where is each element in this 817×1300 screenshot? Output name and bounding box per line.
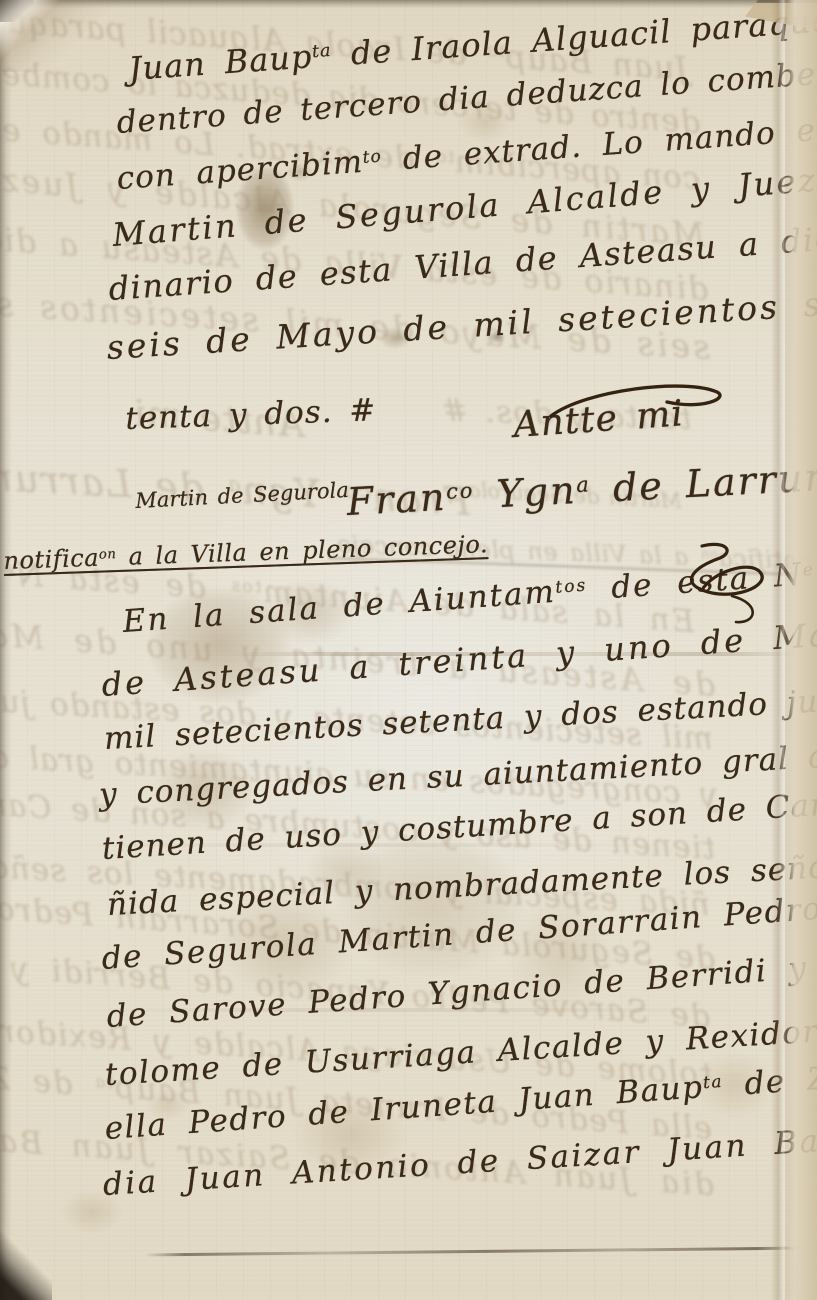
- ink-layer: Juan Baupta de Iraola Alguacil paraquede…: [0, 0, 817, 1300]
- text-segment: de Zubel-: [722, 1054, 817, 1103]
- text-segment: de Larrumbide: [590, 449, 817, 511]
- text-segment: con apercibim: [116, 144, 365, 197]
- superscript-abbreviation: co: [445, 478, 474, 503]
- text-segment: Juan Baup: [127, 37, 313, 88]
- text-segment: Fran: [346, 475, 448, 524]
- line-07: tenta y dos. #: [125, 393, 377, 436]
- superscript-abbreviation: tos: [555, 575, 588, 597]
- superscript-abbreviation: a: [576, 472, 592, 497]
- superscript-abbreviation: ta: [702, 1071, 723, 1092]
- text-segment: En la sala de Aiuntam: [122, 574, 557, 640]
- text-segment: Martin de Segurola: [135, 478, 350, 513]
- text-segment: tenta y dos. #: [125, 392, 377, 437]
- superscript-abbreviation: e: [802, 559, 815, 580]
- superscript-abbreviation: ta: [311, 41, 332, 62]
- signature-segurola: Martin de Segurola: [135, 479, 350, 513]
- manuscript-page: Juan Baupta de Iraola Alguacil paraquede…: [0, 0, 817, 1300]
- text-segment: Ygn: [473, 468, 577, 517]
- text-segment: Lo mando el S: [580, 108, 817, 164]
- text-segment: de esta N: [586, 557, 804, 608]
- text-segment: Antte mi: [512, 393, 685, 446]
- margin-note: notificaon a la Villa en pleno concejo.: [3, 531, 488, 574]
- ante-mi: Antte mi: [512, 394, 685, 445]
- signature-larrumbide: Franco Ygna de Larrumbide: [346, 451, 817, 523]
- text-segment: de extrad.: [381, 129, 583, 179]
- superscript-abbreviation: on: [99, 547, 117, 563]
- text-segment: notifica: [3, 544, 99, 575]
- text-segment: a la Villa en pleno concejo.: [116, 530, 488, 571]
- superscript-abbreviation: to: [362, 146, 382, 167]
